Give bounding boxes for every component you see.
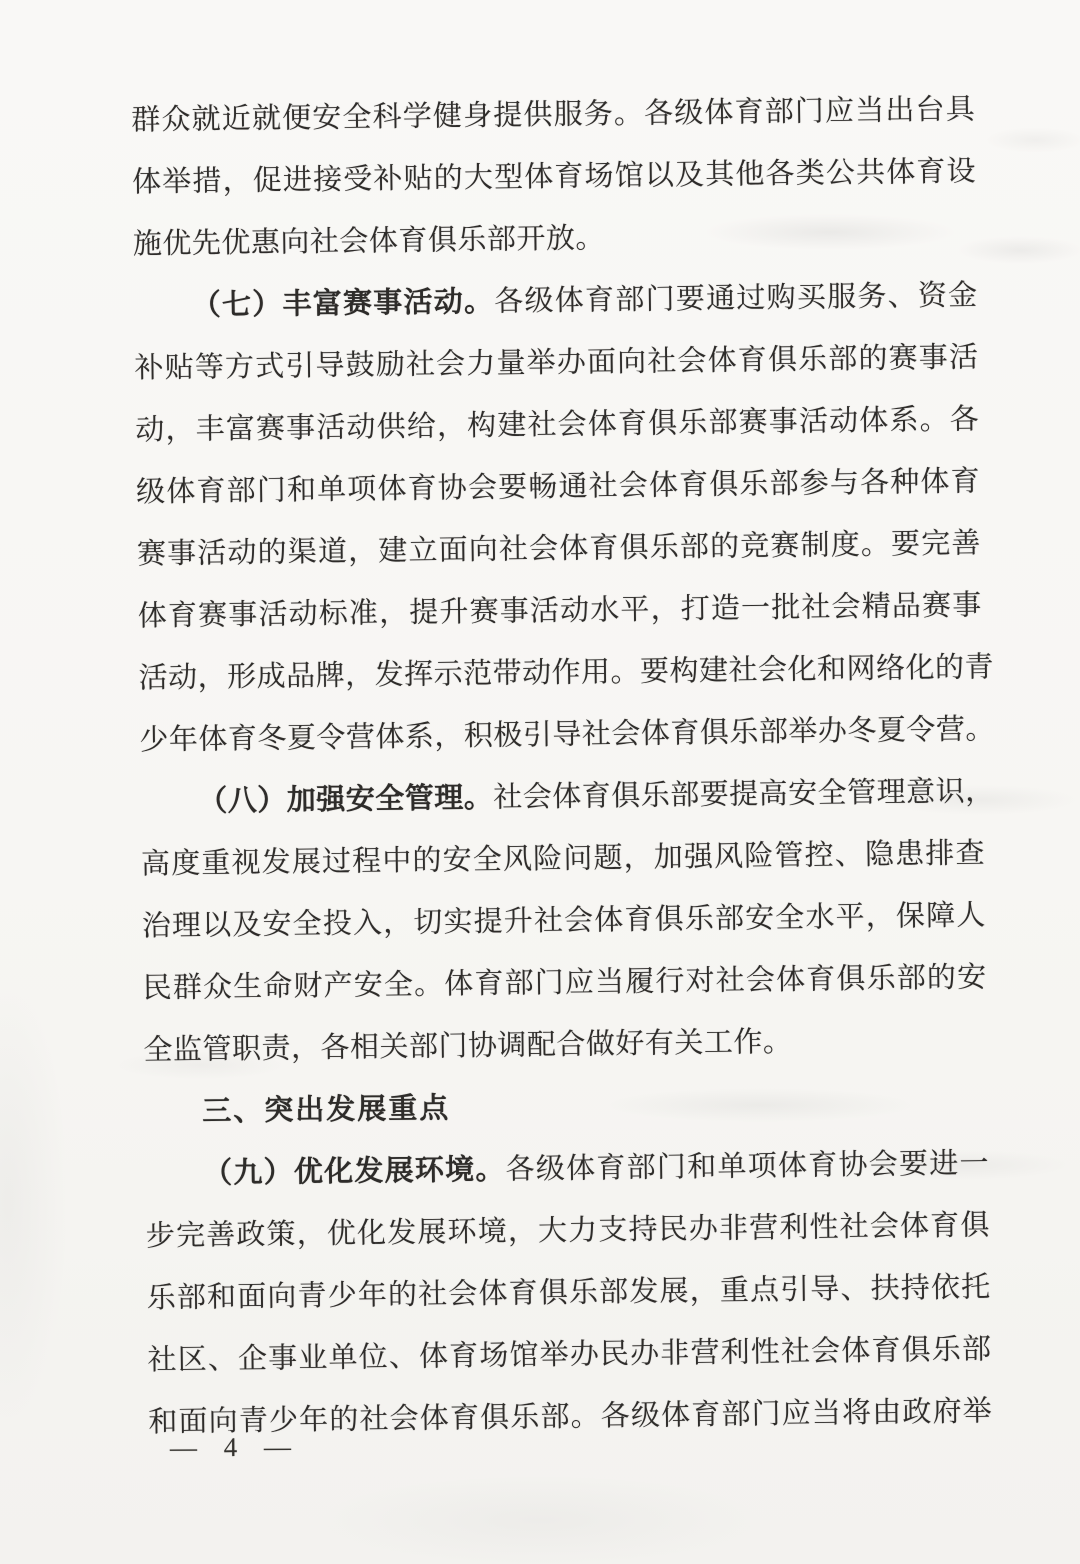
clause-9-title: （九）优化发展环境。 [203,1154,506,1190]
line-text: 群众就近就便安全科学健身提供服务。各级体育部门应当出台具 [131,94,975,137]
text-line: 民群众生命财产安全。体育部门应当履行对社会体育俱乐部的安 [142,946,987,1019]
document-text-block: 群众就近就便安全科学健身提供服务。各级体育部门应当出台具 体举措，促进接受补贴的… [131,79,993,1454]
text-line: 级体育部门和单项体育协会要畅通社会体育俱乐部参与各种体育 [136,450,981,523]
text-line: 活动，形成品牌，发挥示范带动作用。要构建社会化和网络化的青 [138,636,983,709]
line-text: 补贴等方式引导鼓励社会力量举办面向社会体育俱乐部的赛事活 [134,342,978,385]
line-text: 体举措，促进接受补贴的大型体育场馆以及其他各类公共体育设 [132,156,976,199]
line-text: 治理以及安全投入，切实提升社会体育俱乐部安全水平，保障人 [142,899,986,942]
text-line: 全监管职责，各相关部门协调配合做好有关工作。 [143,1008,988,1081]
text-line: 补贴等方式引导鼓励社会力量举办面向社会体育俱乐部的赛事活 [134,327,979,400]
text-line: 施优先优惠向社会体育俱乐部开放。 [133,203,978,276]
clause-8-lead-line: （八）加强安全管理。社会体育俱乐部要提高安全管理意识， [140,760,985,833]
line-text: 赛事活动的渠道，建立面向社会体育俱乐部的竞赛制度。要完善 [137,527,981,570]
document-page: 群众就近就便安全科学健身提供服务。各级体育部门应当出台具 体举措，促进接受补贴的… [0,0,1080,1564]
line-text: 步完善政策，优化发展环境，大力支持民办非营利性社会体育俱 [146,1209,990,1252]
clause-9-lead-line: （九）优化发展环境。各级体育部门和单项体育协会要进一 [145,1132,990,1205]
text-line: 体育赛事活动标准，提升赛事活动水平，打造一批社会精品赛事 [137,574,982,647]
text-line: 乐部和面向青少年的社会体育俱乐部发展，重点引导、扶持依托 [146,1256,991,1329]
text-line: 社区、企事业单位、体育场馆举办民办非营利性社会体育俱乐部 [147,1318,992,1391]
text-line: 群众就近就便安全科学健身提供服务。各级体育部门应当出台具 [131,79,976,152]
section-3-heading: 三、突出发展重点 [144,1070,989,1143]
text-line: 高度重视发展过程中的安全风险问题，加强风险管控、隐患排查 [141,822,986,895]
line-text: 少年体育冬夏令营体系，积极引导社会体育俱乐部举办冬夏令营。 [139,713,995,756]
line-text: 各级体育部门和单项体育协会要进一 [505,1147,989,1185]
line-text: 社会体育俱乐部要提高安全管理意识， [493,775,995,814]
line-text: 高度重视发展过程中的安全风险问题，加强风险管控、隐患排查 [141,837,985,880]
page-number: — 4 — [170,1432,301,1464]
text-line: 赛事活动的渠道，建立面向社会体育俱乐部的竞赛制度。要完善 [137,512,982,585]
line-text: 动，丰富赛事活动供给，构建社会体育俱乐部赛事活动体系。各 [135,403,979,446]
text-line: 少年体育冬夏令营体系，积极引导社会体育俱乐部举办冬夏令营。 [139,698,984,771]
text-line: 体举措，促进接受补贴的大型体育场馆以及其他各类公共体育设 [132,141,977,214]
line-text: 体育赛事活动标准，提升赛事活动水平，打造一批社会精品赛事 [138,589,982,632]
line-text: 乐部和面向青少年的社会体育俱乐部发展，重点引导、扶持依托 [147,1271,991,1314]
section-3-heading-text: 三、突出发展重点 [202,1092,450,1127]
line-text: 施优先优惠向社会体育俱乐部开放。 [133,222,605,260]
line-text: 各级体育部门要通过购买服务、资金 [494,280,978,318]
line-text: 民群众生命财产安全。体育部门应当履行对社会体育俱乐部的安 [142,961,986,1004]
text-line: 步完善政策，优化发展环境，大力支持民办非营利性社会体育俱 [146,1194,991,1267]
text-line: 动，丰富赛事活动供给，构建社会体育俱乐部赛事活动体系。各 [135,388,980,461]
clause-7-title: （七）丰富赛事活动。 [192,286,495,322]
line-text: 社区、企事业单位、体育场馆举办民办非营利性社会体育俱乐部 [147,1333,991,1376]
text-line: 治理以及安全投入，切实提升社会体育俱乐部安全水平，保障人 [141,884,986,957]
clause-8-title: （八）加强安全管理。 [198,782,493,818]
clause-7-lead-line: （七）丰富赛事活动。各级体育部门要通过购买服务、资金 [133,265,978,338]
line-text: 活动，形成品牌，发挥示范带动作用。要构建社会化和网络化的青 [138,651,994,694]
line-text: 级体育部门和单项体育协会要畅通社会体育俱乐部参与各种体育 [136,465,980,508]
line-text: 全监管职责，各相关部门协调配合做好有关工作。 [143,1026,792,1066]
